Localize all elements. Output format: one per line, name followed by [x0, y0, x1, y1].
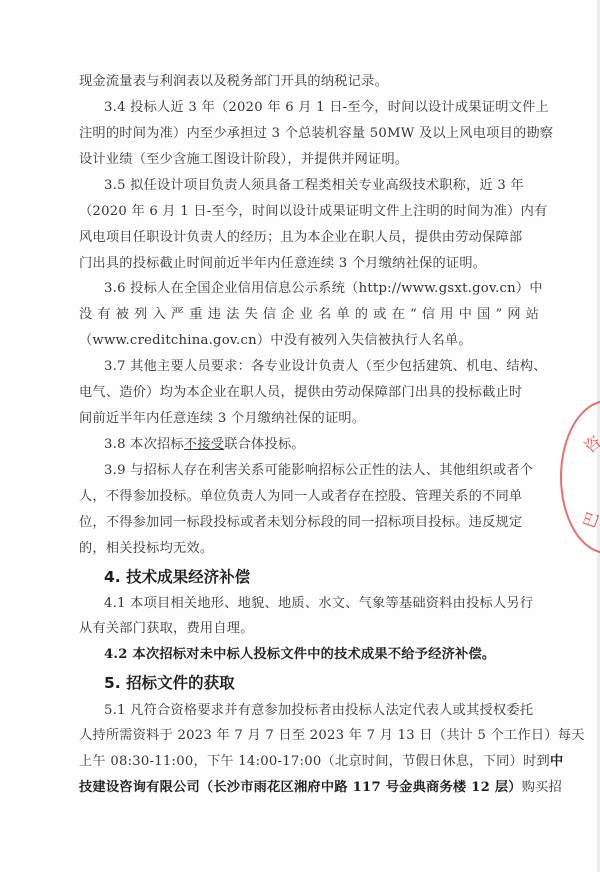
clause-3-8: 3.8 本次招标不接受联合体投标。: [104, 434, 549, 456]
clause-5-1: 5.1 凡符合资格要求并有意参加投标者由投标人法定代表人或其授权委托: [104, 700, 549, 722]
document-page: 现金流量表与利润表以及税务部门开具的纳税记录。 3.4 投标人近 3 年（202…: [0, 0, 600, 872]
paragraph-line: 注明的时间为准）内至少承担过 3 个总装机容量 50MW 及以上风电项目的勘察: [79, 123, 549, 145]
paragraph-line: （2020 年 6 月 1 日-至今，时间以设计成果证明文件上注明的时间为准）内…: [79, 201, 549, 223]
paragraph-line: 位，不得参加同一标段投标或者未划分标段的同一招标项目投标。违反规定: [79, 512, 549, 534]
paragraph-line: 技建设咨询有限公司（长沙市雨花区湘府中路 117 号金典商务楼 12 层）购买招: [79, 777, 549, 799]
paragraph-line: 现金流量表与利润表以及税务部门开具的纳税记录。: [79, 71, 549, 93]
paragraph-line: 设计业绩（至少含施工图设计阶段），并提供并网证明。: [79, 149, 549, 171]
paragraph-line: 从有关部门获取，费用自理。: [79, 618, 549, 640]
clause-3-5: 3.5 拟任设计项目负责人须具备工程类相关专业高级技术职称，近 3 年: [104, 175, 549, 197]
paragraph-line: 上午 08:30-11:00，下午 14:00-17:00（北京时间，节假日休息…: [79, 751, 549, 773]
clause-3-9: 3.9 与招标人存在利害关系可能影响招标公正性的法人、其他组织或者个: [104, 460, 549, 482]
section-heading-4: 4. 技术成果经济补偿: [104, 564, 250, 590]
line-normal-text: 上午 08:30-11:00，下午 14:00-17:00（北京时间，节假日休息…: [79, 754, 550, 769]
clause-4-2: 4.2 本次招标对未中标人投标文件中的技术成果不给予经济补偿。: [104, 644, 549, 666]
section-heading-5: 5. 招标文件的获取: [104, 670, 235, 696]
underlined-text: 不接受: [184, 437, 224, 452]
clause-3-4: 3.4 投标人近 3 年（2020 年 6 月 1 日-至今，时间以设计成果证明…: [104, 97, 549, 119]
paragraph-line: 人持所需资料于 2023 年 7 月 7 日至 2023 年 7 月 13 日（…: [79, 725, 549, 747]
clause-4-1: 4.1 本项目相关地形、地貌、地质、水文、气象等基础资料由投标人另行: [104, 593, 549, 615]
clause-3-8-suffix: 联合体投标。: [224, 437, 305, 452]
paragraph-line: 的，相关投标均无效。: [79, 538, 549, 560]
paragraph-line: 门出具的投标截止时间前近半年内任意连续 3 个月缴纳社保的证明。: [79, 253, 549, 275]
paragraph-line: （www.creditchina.gov.cn）中没有被列入失信被执行人名单。: [79, 330, 549, 352]
paragraph-line: 风电项目任职设计负责人的经历；且为本企业在职人员，提供由劳动保障部: [79, 227, 549, 249]
red-seal-stamp: [560, 400, 600, 554]
line-normal-text: 购买招: [522, 780, 562, 795]
paragraph-line: 没有被列入严重违法失信企业名单的或在“信用中国”网站: [79, 304, 549, 326]
paragraph-line: 电气、造价）均为本企业在职人员，提供由劳动保障部门出具的投标截止时: [79, 382, 549, 404]
company-address-bold: 技建设咨询有限公司（长沙市雨花区湘府中路 117 号金典商务楼 12 层）: [79, 780, 522, 795]
clause-3-6: 3.6 投标人在全国企业信用信息公示系统（http://www.gsxt.gov…: [104, 278, 549, 300]
paragraph-line: 间前近半年内任意连续 3 个月缴纳社保的证明。: [79, 408, 549, 430]
line-bold-text: 中: [550, 754, 563, 769]
clause-3-8-prefix: 3.8 本次招标: [104, 437, 184, 452]
paragraph-line: 人，不得参加投标。单位负责人为同一人或者存在控股、管理关系的不同单: [79, 486, 549, 508]
clause-3-7: 3.7 其他主要人员要求：各专业设计负责人（至少包括建筑、机电、结构、: [104, 356, 549, 378]
